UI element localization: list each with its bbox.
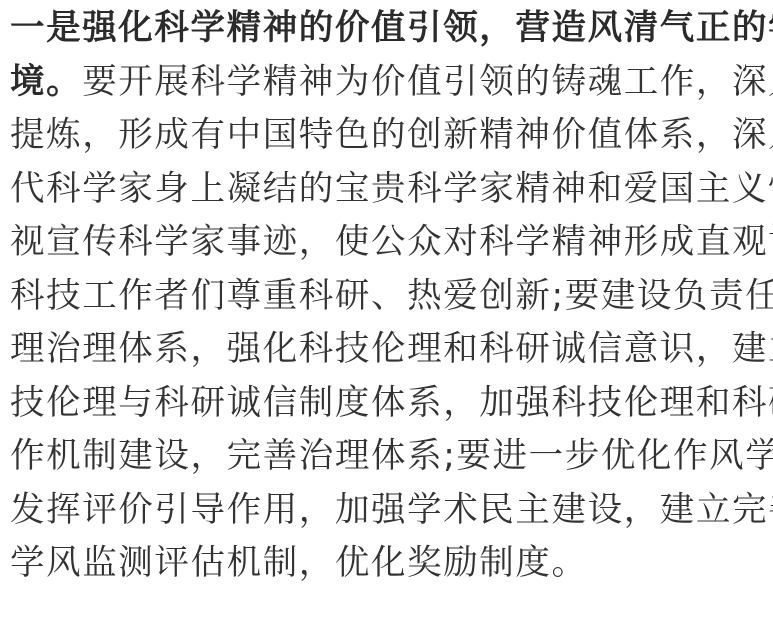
text-line-9: 作机制建设，完善治理体系;要进一步优化作风学风，充分 bbox=[10, 430, 765, 484]
text-line-10: 发挥评价引导作用，加强学术民主建设，建立完善的作风 bbox=[10, 484, 765, 538]
text-line-5: 视宣传科学家事迹，使公众对科学精神形成直观认识，让 bbox=[10, 216, 765, 270]
text-line-2-rest: 要开展科学精神为价值引领的铸魂工作，深入研究和 bbox=[82, 62, 773, 102]
text-line-3: 提炼，形成有中国特色的创新精神价值体系，深入总结历 bbox=[10, 109, 765, 163]
text-line-4: 代科学家身上凝结的宝贵科学家精神和爱国主义情怀，重 bbox=[10, 163, 765, 217]
text-line-7: 理治理体系，强化科技伦理和科研诚信意识，建立健全科 bbox=[10, 323, 765, 377]
text-line-11: 学风监测评估机制，优化奖励制度。 bbox=[10, 537, 765, 591]
bold-lead-line-2: 境。 bbox=[10, 62, 82, 102]
text-line-2: 境。要开展科学精神为价值引领的铸魂工作，深入研究和 bbox=[10, 56, 765, 110]
text-line-6: 科技工作者们尊重科研、热爱创新;要建设负责任的科技伦 bbox=[10, 270, 765, 324]
text-line-8: 技伦理与科研诚信制度体系，加强科技伦理和科研诚信工 bbox=[10, 377, 765, 431]
article-paragraph: 一是强化科学精神的价值引领，营造风清气正的学术环 境。要开展科学精神为价值引领的… bbox=[0, 0, 773, 591]
bold-lead-line-1: 一是强化科学精神的价值引领，营造风清气正的学术环 bbox=[10, 2, 765, 56]
